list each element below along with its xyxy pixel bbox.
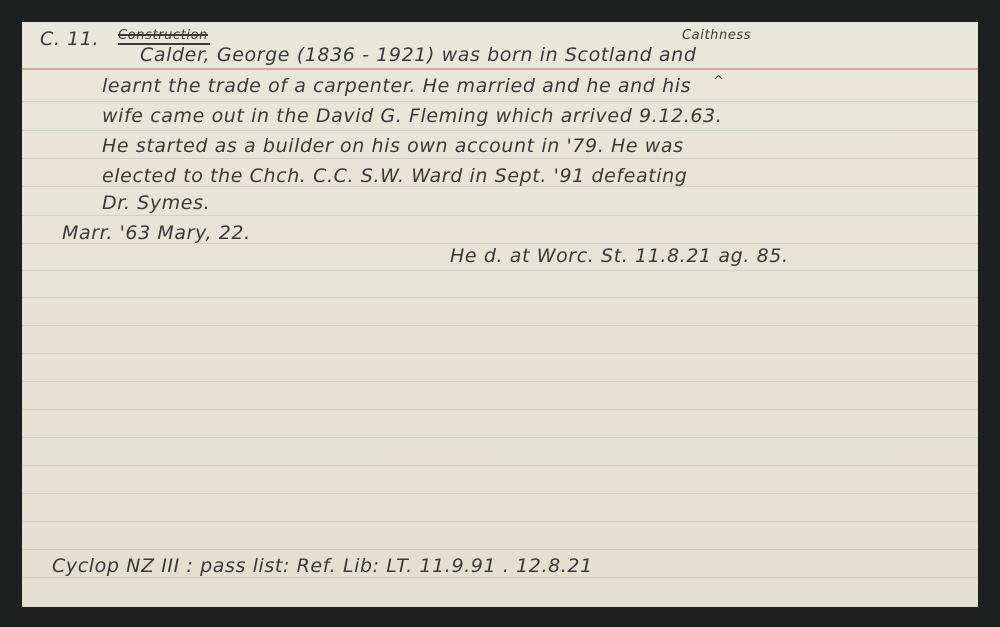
body-line-6: Dr. Symes. — [102, 192, 210, 214]
death-note: He d. at Worc. St. 11.8.21 ag. 85. — [450, 245, 789, 267]
ruled-line — [22, 577, 978, 578]
ruled-line — [22, 549, 978, 550]
insertion-caret: ^ — [713, 74, 725, 89]
struck-heading: Construction — [118, 28, 208, 43]
ruled-line — [22, 158, 978, 159]
ruled-line — [22, 270, 978, 271]
ruled-line — [22, 297, 978, 298]
body-line-3: wife came out in the David G. Fleming wh… — [102, 105, 722, 127]
ruled-line — [22, 493, 978, 494]
ruled-line — [22, 130, 978, 131]
ruled-line — [22, 215, 978, 216]
source-reference: Cyclop NZ III : pass list: Ref. Lib: LT.… — [52, 555, 593, 577]
index-reference: C. 11. — [40, 28, 99, 50]
ruled-line — [22, 353, 978, 354]
insertion-caithness: Caithness — [682, 28, 751, 43]
ruled-line — [22, 325, 978, 326]
body-line-5: elected to the Chch. C.C. S.W. Ward in S… — [102, 165, 687, 187]
ruled-line — [22, 521, 978, 522]
body-line-2: learnt the trade of a carpenter. He marr… — [102, 75, 691, 97]
ruled-line — [22, 409, 978, 410]
ruled-line — [22, 437, 978, 438]
marriage-note: Marr. '63 Mary, 22. — [62, 222, 251, 244]
ruled-line — [22, 381, 978, 382]
red-header-rule — [22, 68, 978, 70]
ruled-line — [22, 101, 978, 102]
index-card: C. 11. Construction Caithness ^ Calder, … — [22, 22, 978, 607]
body-line-1: Calder, George (1836 - 1921) was born in… — [140, 44, 696, 66]
body-line-4: He started as a builder on his own accou… — [102, 135, 684, 157]
ruled-line — [22, 465, 978, 466]
